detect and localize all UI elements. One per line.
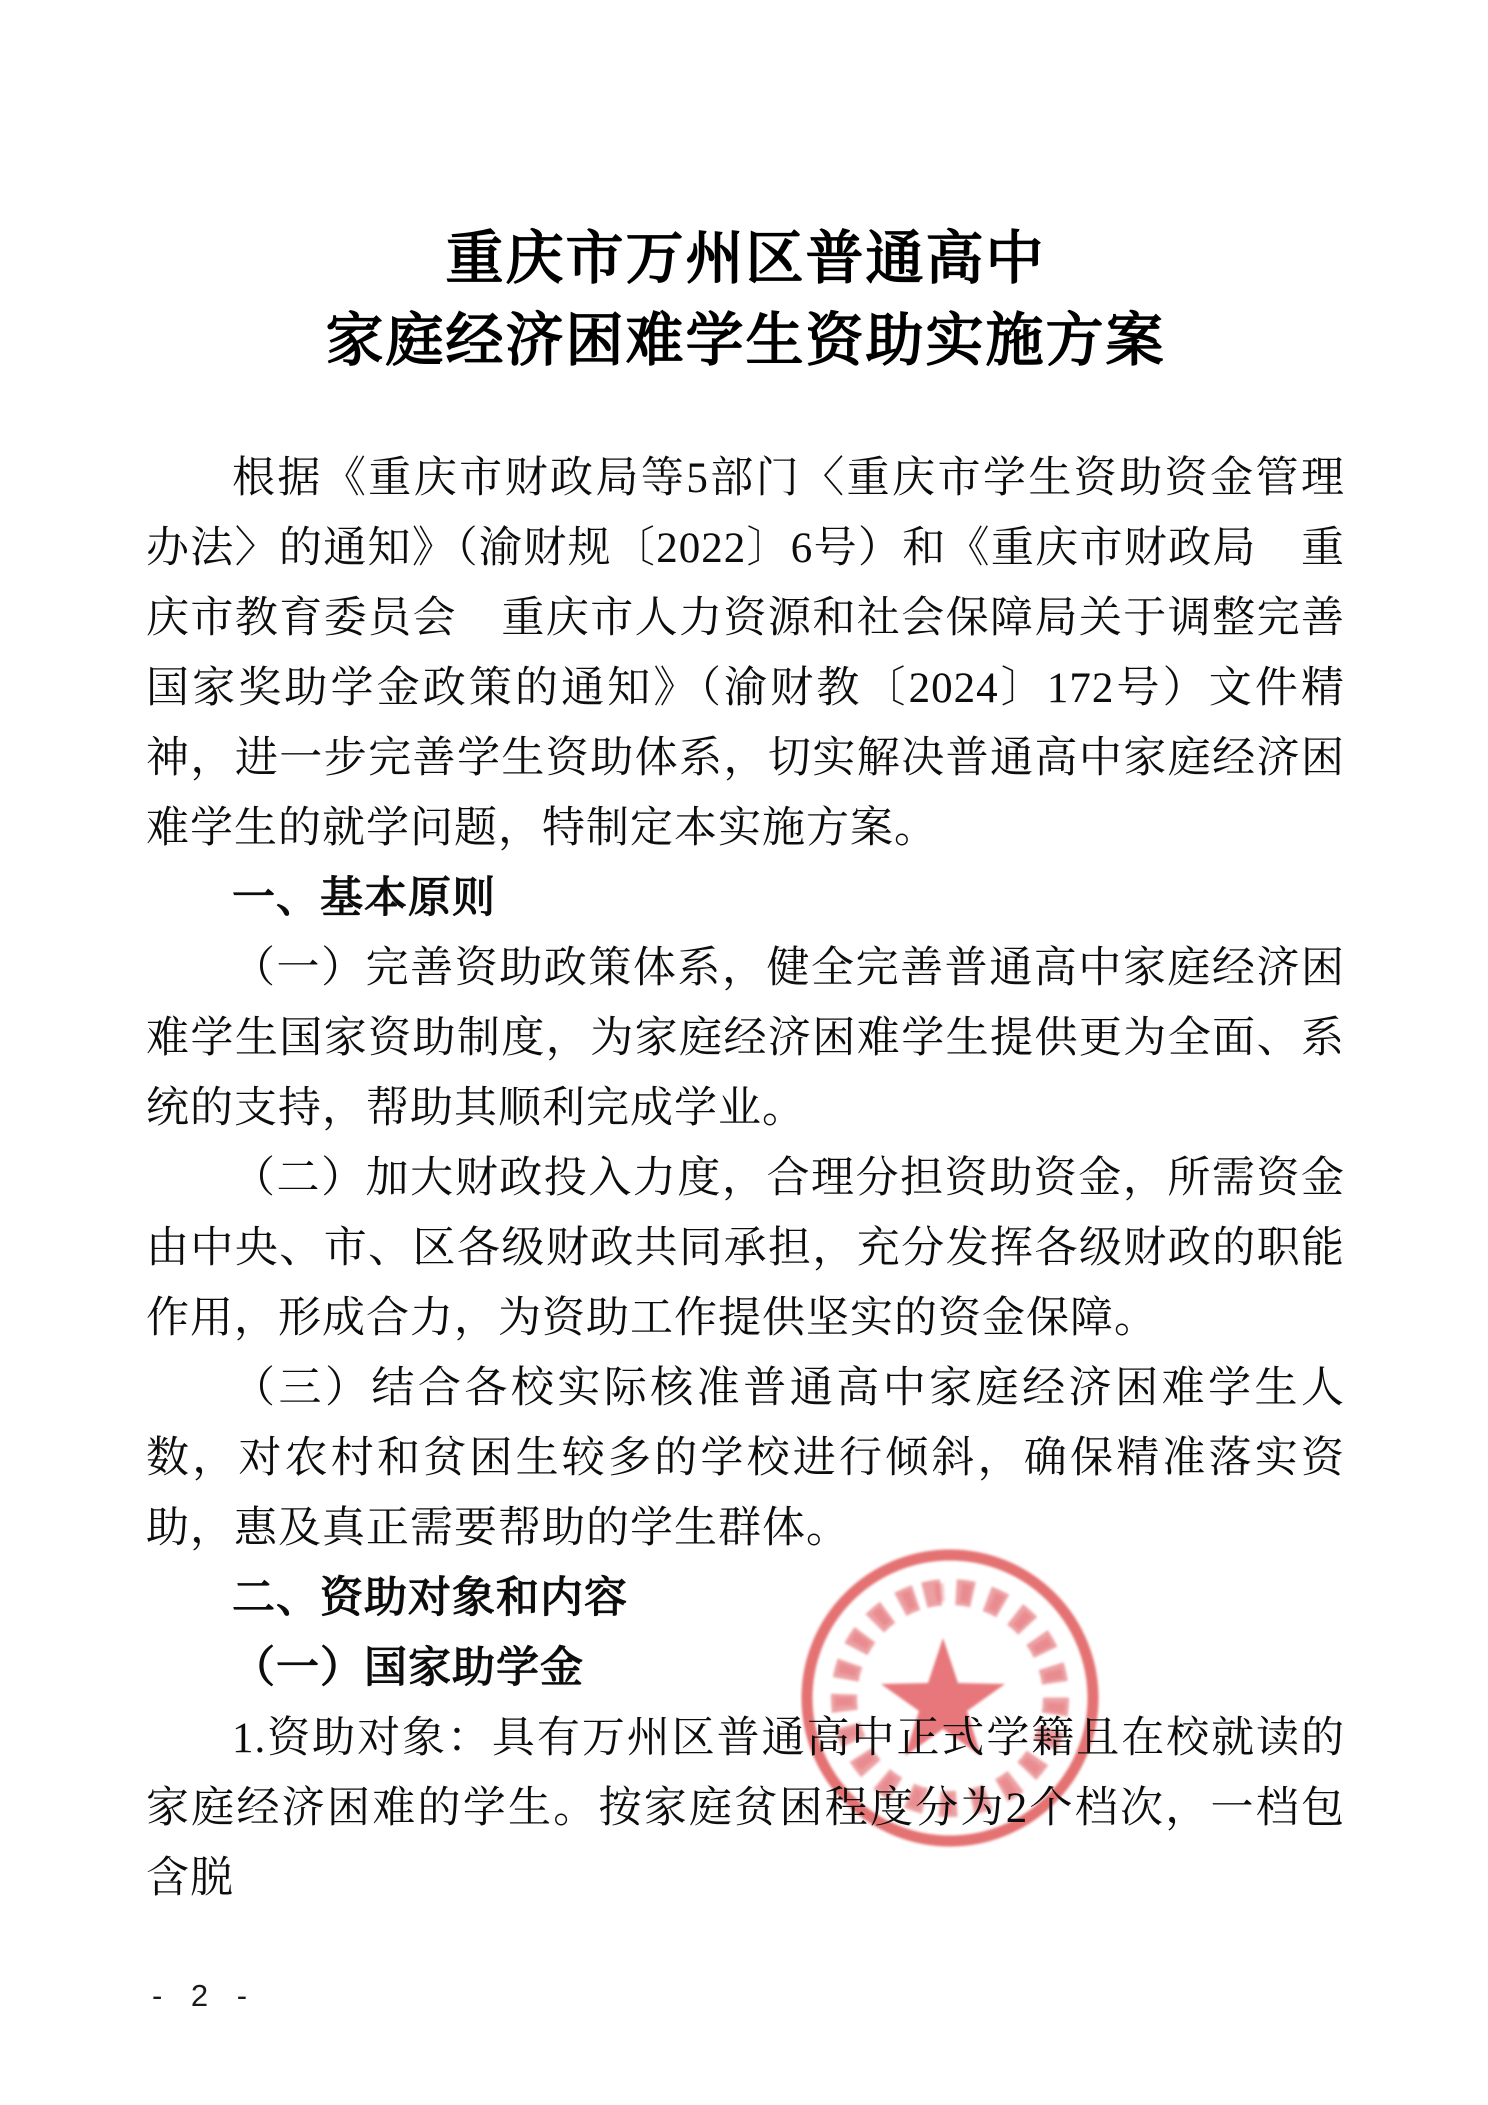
paragraph-principle-3: （三）结合各校实际核准普通高中家庭经济困难学生人数，对农村和贫困生较多的学校进行… [146,1354,1345,1564]
paragraph-principle-1: （一）完善资助政策体系，健全完善普通高中家庭经济困难学生国家资助制度，为家庭经济… [146,934,1345,1144]
section-heading-aid-targets: 二、资助对象和内容 [146,1564,1345,1634]
document-title: 重庆市万州区普通高中 家庭经济困难学生资助实施方案 [146,218,1345,382]
subsection-heading-national-grant: （一）国家助学金 [146,1634,1345,1704]
document-body: 根据《重庆市财政局等5部门〈重庆市学生资助资金管理办法〉的通知》（渝财规〔202… [146,444,1345,1914]
paragraph-intro: 根据《重庆市财政局等5部门〈重庆市学生资助资金管理办法〉的通知》（渝财规〔202… [146,444,1345,864]
paragraph-principle-2: （二）加大财政投入力度，合理分担资助资金，所需资金由中央、市、区各级财政共同承担… [146,1144,1345,1354]
title-line-2: 家庭经济困难学生资助实施方案 [146,300,1345,382]
page-number: - 2 - [152,1978,257,2014]
paragraph-aid-target-detail: 1.资助对象：具有万州区普通高中正式学籍且在校就读的家庭经济困难的学生。按家庭贫… [146,1704,1345,1914]
section-heading-basic-principles: 一、基本原则 [146,864,1345,934]
document-page: 重庆市万州区普通高中 家庭经济困难学生资助实施方案 根据《重庆市财政局等5部门〈… [0,0,1488,2105]
title-line-1: 重庆市万州区普通高中 [146,218,1345,300]
document-content: 重庆市万州区普通高中 家庭经济困难学生资助实施方案 根据《重庆市财政局等5部门〈… [0,218,1488,1914]
